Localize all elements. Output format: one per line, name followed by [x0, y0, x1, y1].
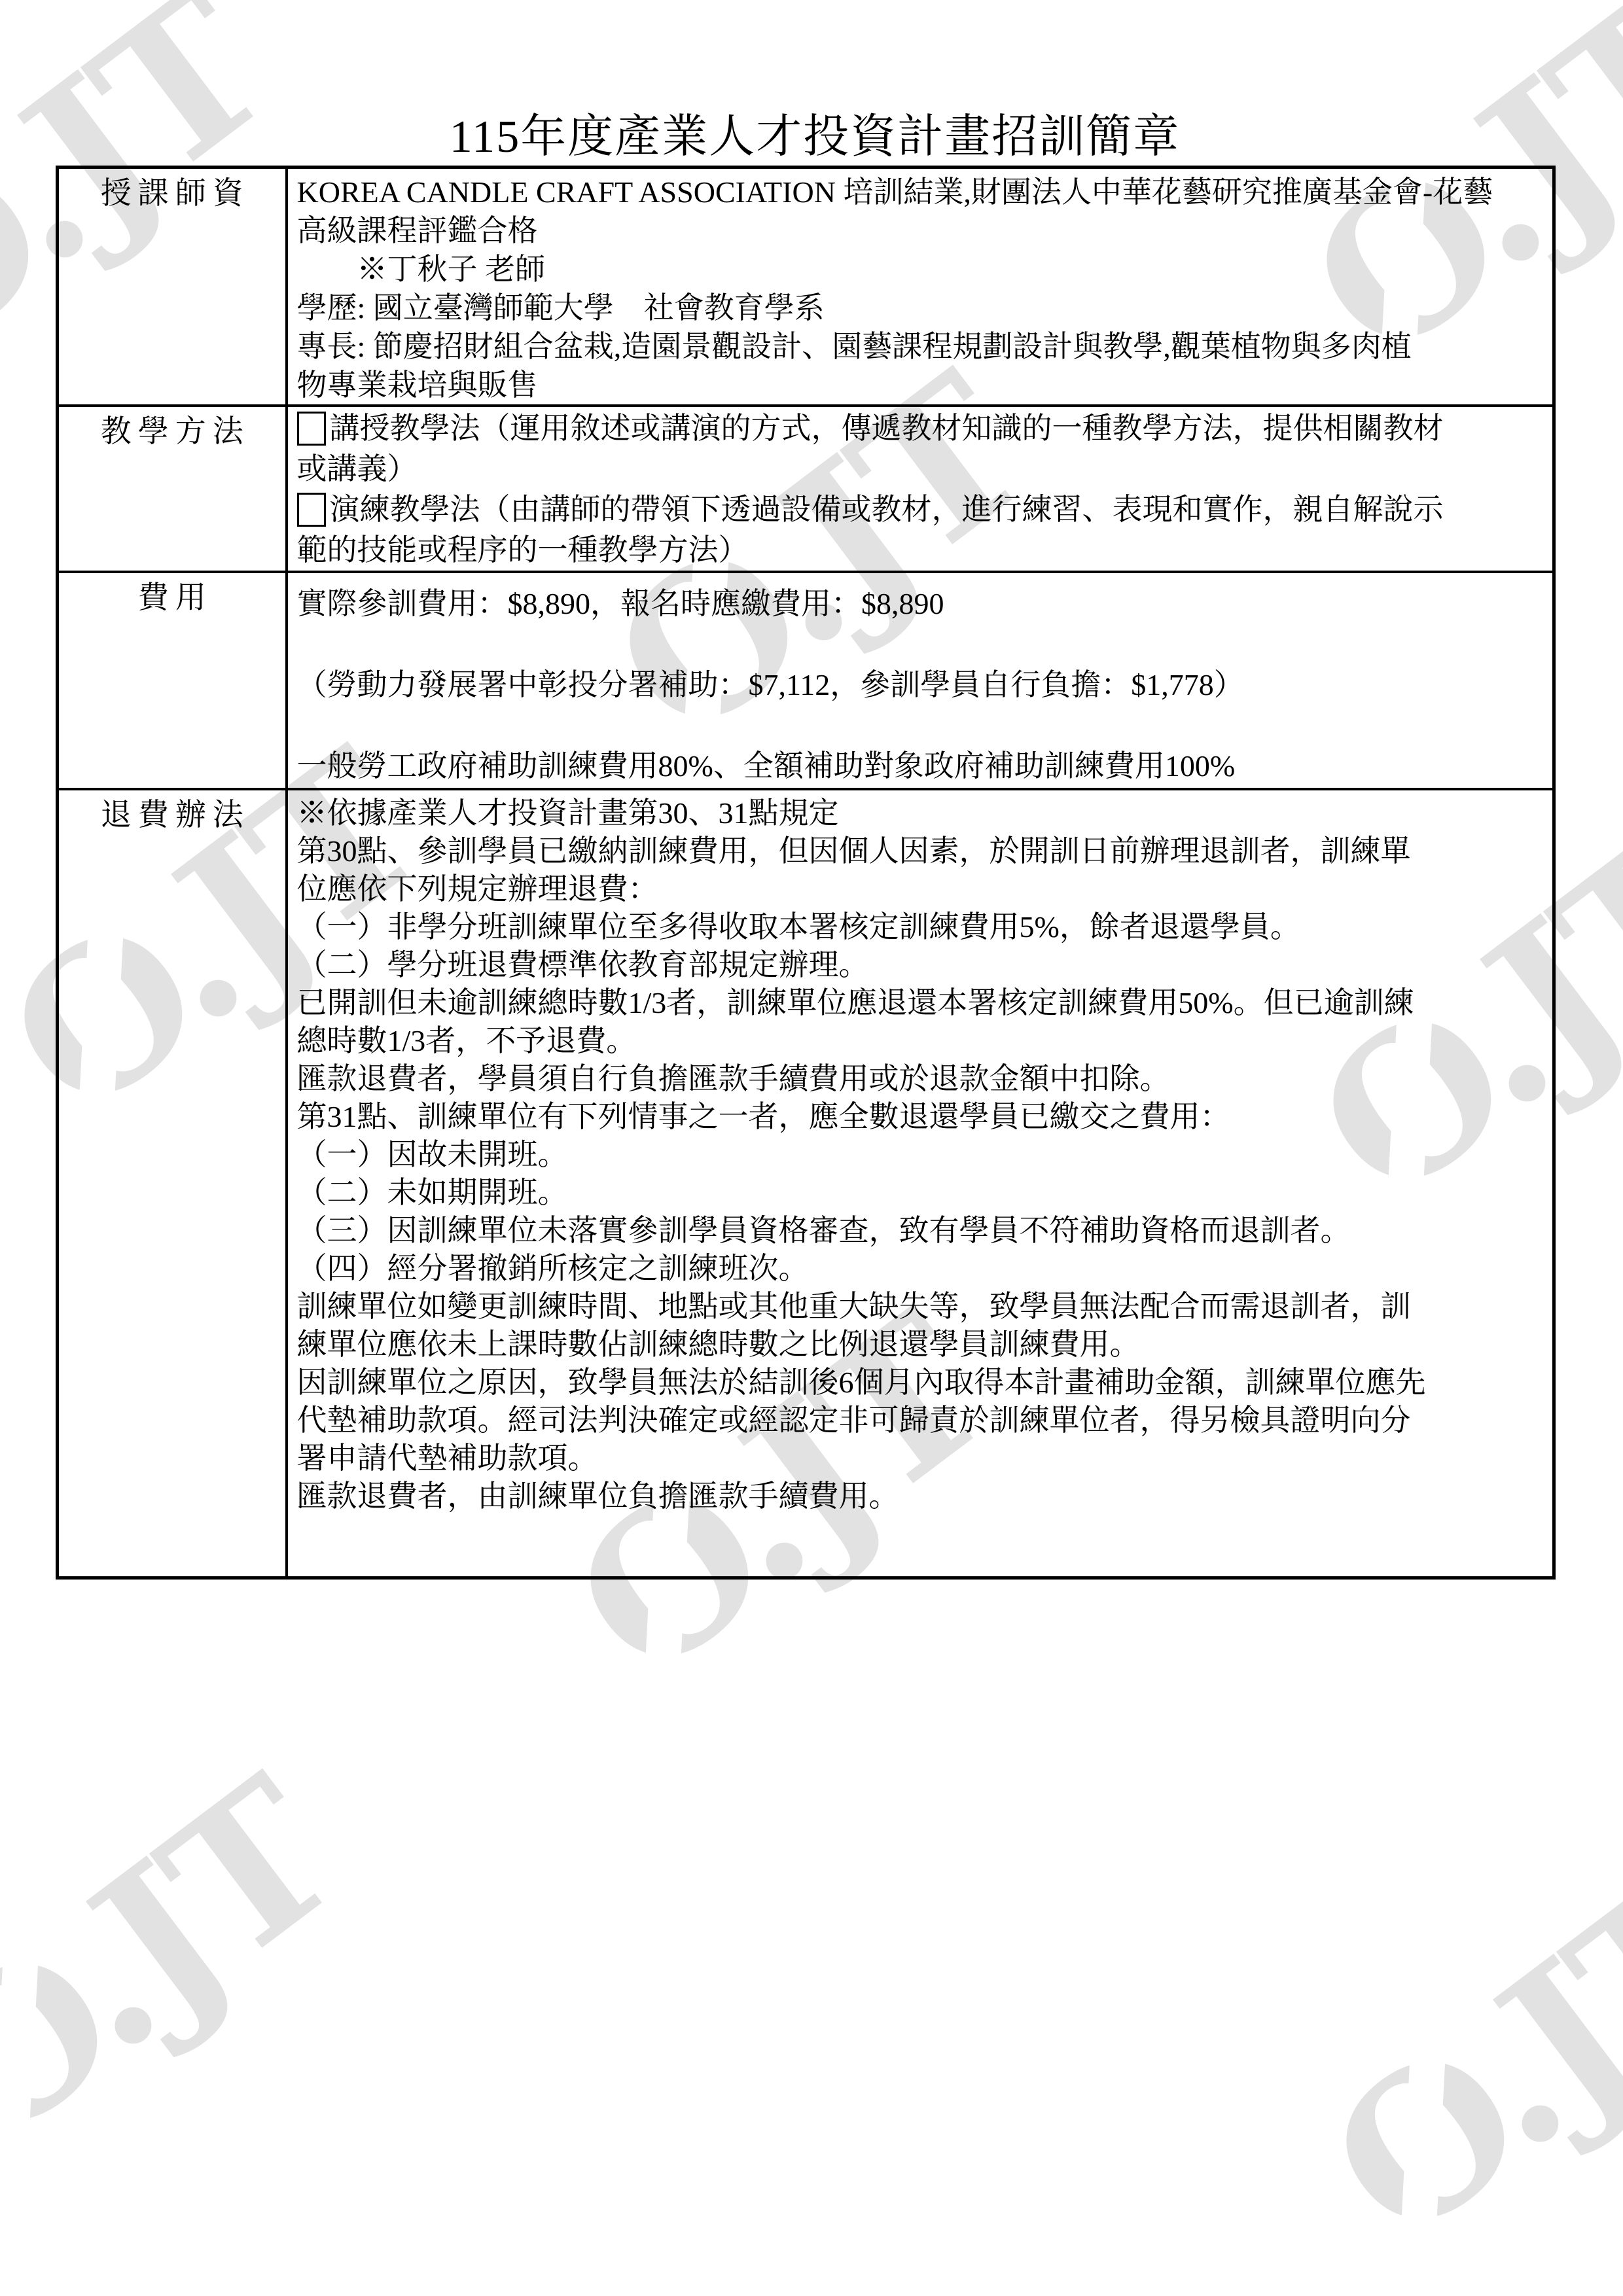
page-title: 115年度產業人才投資計畫招訓簡章 — [450, 99, 1180, 166]
text-line: （一）非學分班訓練單位至多得收取本署核定訓練費用5%，餘者退還學員。 — [297, 908, 1546, 946]
text-line: 範的技能或程序的一種教學方法） — [297, 530, 1546, 571]
text-line: （勞動力發展署中彰投分署補助：$7,112，參訓學員自行負擔：$1,778） — [297, 665, 1546, 705]
text-line: 署申請代墊補助款項。 — [297, 1439, 1546, 1477]
teaching-method-content: 講授教學法（運用敘述或講演的方式，傳遞教材知識的一種教學方法，提供相關教材 或講… — [288, 407, 1553, 571]
watermark-text: O.JT — [0, 1738, 373, 2187]
row-label-teaching-method: 教學方法 — [58, 406, 287, 572]
text-line: 高級課程評鑑合格 — [297, 211, 1546, 250]
text-line: ※依據產業人才投資計畫第30、31點規定 — [297, 794, 1546, 832]
text-line: 練單位應依未上課時數佔訓練總時數之比例退還學員訓練費用。 — [297, 1326, 1546, 1364]
text-line: 或講義） — [297, 449, 1546, 489]
text-line: 匯款退費者，由訓練單位負擔匯款手續費用。 — [297, 1477, 1546, 1515]
table-row-fee: 費用 實際參訓費用：$8,890，報名時應繳費用：$8,890 （勞動力發展署中… — [58, 572, 1554, 789]
text-line: 實際參訓費用：$8,890，報名時應繳費用：$8,890 — [297, 584, 1546, 624]
practice-method-text: 演練教學法（由講師的帶領下透過設備或教材，進行練習、表現和實作，親自解說示 — [330, 493, 1444, 526]
instructor-content: KOREA CANDLE CRAFT ASSOCIATION 培訓結業,財團法人… — [288, 169, 1553, 404]
text-line — [297, 705, 1546, 746]
text-line: 匯款退費者，學員須自行負擔匯款手續費用或於退款金額中扣除。 — [297, 1060, 1546, 1098]
fee-content: 實際參訓費用：$8,890，報名時應繳費用：$8,890 （勞動力發展署中彰投分… — [288, 573, 1553, 786]
teaching-method-content-cell: 講授教學法（運用敘述或講演的方式，傳遞教材知識的一種教學方法，提供相關教材 或講… — [287, 406, 1554, 572]
row-label-instructor: 授課師資 — [58, 168, 287, 406]
row-label-fee: 費用 — [58, 572, 287, 789]
fee-content-cell: 實際參訓費用：$8,890，報名時應繳費用：$8,890 （勞動力發展署中彰投分… — [287, 572, 1554, 789]
document-table: 授課師資 KOREA CANDLE CRAFT ASSOCIATION 培訓結業… — [56, 166, 1556, 1580]
table-row-instructor: 授課師資 KOREA CANDLE CRAFT ASSOCIATION 培訓結業… — [58, 168, 1554, 406]
watermark-ojt: O.JT — [0, 1752, 363, 2174]
watermark-slash — [0, 1920, 41, 2183]
text-line: 代墊補助款項。經司法判決確定或經認定非可歸責於訓練單位者，得另檢具證明向分 — [297, 1402, 1546, 1439]
text-line: 第31點、訓練單位有下列情事之一者，應全數退還學員已繳交之費用： — [297, 1098, 1546, 1136]
text-line: 講授教學法（運用敘述或講演的方式，傳遞教材知識的一種教學方法，提供相關教材 — [297, 408, 1546, 449]
text-line: 因訓練單位之原因，致學員無法於結訓後6個月內取得本計畫補助金額，訓練單位應先 — [297, 1364, 1546, 1402]
table-row-refund-policy: 退費辦法 ※依據產業人才投資計畫第30、31點規定 第30點、參訓學員已繳納訓練… — [58, 789, 1554, 1578]
text-line: 演練教學法（由講師的帶領下透過設備或教材，進行練習、表現和實作，親自解說示 — [297, 489, 1546, 530]
text-line: 一般勞工政府補助訓練費用80%、全額補助對象政府補助訓練費用100% — [297, 746, 1546, 786]
text-line: 已開訓但未逾訓練總時數1/3者，訓練單位應退還本署核定訓練費用50%。但已逾訓練 — [297, 984, 1546, 1022]
text-line: 物專業栽培與販售 — [297, 366, 1546, 404]
text-line: 專長: 節慶招財組合盆栽,造園景觀設計、園藝課程規劃設計與教學,觀葉植物與多肉植 — [297, 327, 1546, 366]
refund-policy-content-cell: ※依據產業人才投資計畫第30、31點規定 第30點、參訓學員已繳納訓練費用，但因… — [287, 789, 1554, 1578]
text-line: ※丁秋子 老師 — [297, 250, 1546, 289]
row-label-refund-policy: 退費辦法 — [58, 789, 287, 1578]
text-line: 學歷: 國立臺灣師範大學 社會教育學系 — [297, 289, 1546, 327]
watermark-ojt: O.JT — [1300, 1850, 1623, 2272]
practice-method-checkbox-icon — [297, 493, 326, 527]
text-line: 第30點、參訓學員已繳納訓練費用，但因個人因素，於開訓日前辦理退訓者，訓練單 — [297, 832, 1546, 870]
text-line: 訓練單位如變更訓練時間、地點或其他重大缺失等，致學員無法配合而需退訓者，訓 — [297, 1288, 1546, 1326]
text-line: （一）因故未開班。 — [297, 1136, 1546, 1174]
text-line: KOREA CANDLE CRAFT ASSOCIATION 培訓結業,財團法人… — [297, 173, 1546, 211]
text-line: 總時數1/3者，不予退費。 — [297, 1022, 1546, 1060]
instructor-content-cell: KOREA CANDLE CRAFT ASSOCIATION 培訓結業,財團法人… — [287, 168, 1554, 406]
watermark-text: O.JT — [1289, 1836, 1623, 2286]
text-line: 位應依下列規定辦理退費： — [297, 870, 1546, 908]
document-page: O.JT O.JT O.JT O.JT O.JT O.JT O.JT O.JT … — [0, 0, 1623, 2296]
text-line — [297, 624, 1546, 665]
refund-policy-content: ※依據產業人才投資計畫第30、31點規定 第30點、參訓學員已繳納訓練費用，但因… — [288, 790, 1553, 1515]
text-line: （二）學分班退費標準依教育部規定辦理。 — [297, 946, 1546, 984]
text-line: （二）未如期開班。 — [297, 1174, 1546, 1212]
lecture-method-text: 講授教學法（運用敘述或講演的方式，傳遞教材知識的一種教學方法，提供相關教材 — [330, 412, 1444, 445]
text-line: （四）經分署撤銷所核定之訓練班次。 — [297, 1250, 1546, 1288]
table-row-teaching-method: 教學方法 講授教學法（運用敘述或講演的方式，傳遞教材知識的一種教學方法，提供相關… — [58, 406, 1554, 572]
text-line: （三）因訓練單位未落實參訓學員資格審查，致有學員不符補助資格而退訓者。 — [297, 1212, 1546, 1250]
watermark-slash — [1399, 2018, 1448, 2281]
lecture-method-checkbox-icon — [297, 412, 326, 446]
